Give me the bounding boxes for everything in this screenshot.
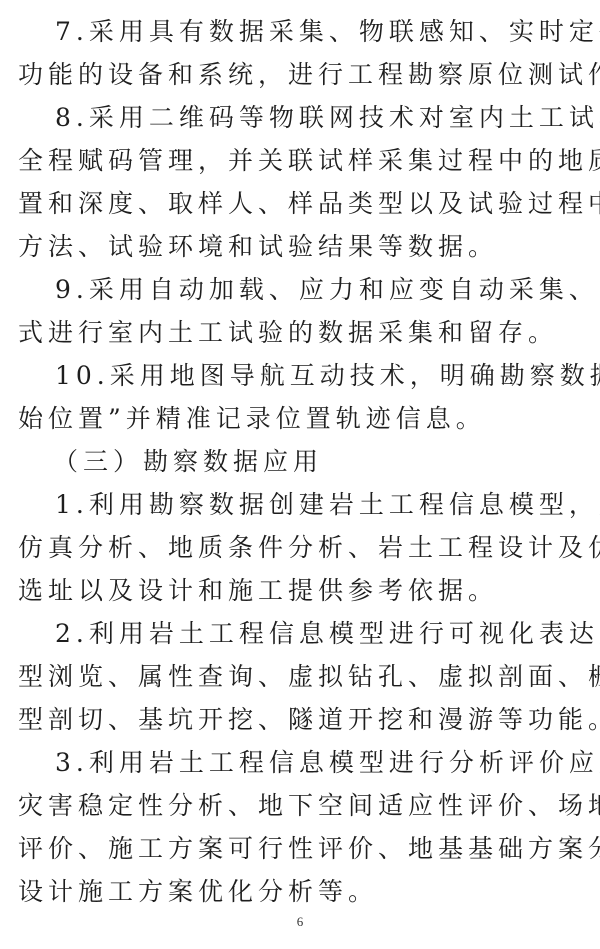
text-line: 设计施工方案优化分析等。 bbox=[18, 870, 586, 913]
text-line: 方法、试验环境和试验结果等数据。 bbox=[18, 225, 586, 268]
text-line: 全程赋码管理，并关联试样采集过程中的地质特征、取样位 bbox=[18, 139, 586, 182]
text-line: 2.利用岩土工程信息模型进行可视化表达应用，包括模 bbox=[18, 612, 586, 655]
text-line: 功能的设备和系统，进行工程勘察原位测试作业。 bbox=[18, 53, 586, 96]
text-line: 7.采用具有数据采集、物联感知、实时定位和无线传输 bbox=[18, 10, 586, 53]
paragraph-item-7: 7.采用具有数据采集、物联感知、实时定位和无线传输 功能的设备和系统，进行工程勘… bbox=[18, 10, 586, 96]
text-line: 评价、施工方案可行性评价、地基基础方案分析、岩土工程 bbox=[18, 827, 586, 870]
heading-text: （三）勘察数据应用 bbox=[18, 440, 586, 483]
text-line: 10.采用地图导航互动技术，明确勘察数据采集的“开 bbox=[18, 354, 586, 397]
text-line: 灾害稳定性分析、地下空间适应性评价、场地岩土工程条件 bbox=[18, 784, 586, 827]
text-line: 3.利用岩土工程信息模型进行分析评价应用，包括地质 bbox=[18, 741, 586, 784]
paragraph-item-2: 2.利用岩土工程信息模型进行可视化表达应用，包括模 型浏览、属性查询、虚拟钻孔、… bbox=[18, 612, 586, 741]
text-line: 型剖切、基坑开挖、隧道开挖和漫游等功能。 bbox=[18, 698, 586, 741]
paragraph-item-8: 8.采用二维码等物联网技术对室内土工试验试样进行 全程赋码管理，并关联试样采集过… bbox=[18, 96, 586, 268]
text-line: 始位置”并精准记录位置轨迹信息。 bbox=[18, 397, 586, 440]
text-line: 仿真分析、地质条件分析、岩土工程设计及优化等，为项目 bbox=[18, 526, 586, 569]
page-number: 6 bbox=[0, 914, 600, 930]
paragraph-item-3: 3.利用岩土工程信息模型进行分析评价应用，包括地质 灾害稳定性分析、地下空间适应… bbox=[18, 741, 586, 913]
text-line: 型浏览、属性查询、虚拟钻孔、虚拟剖面、栅栏图分析、模 bbox=[18, 655, 586, 698]
text-line: 1.利用勘察数据创建岩土工程信息模型，用于场地环境 bbox=[18, 483, 586, 526]
text-line: 选址以及设计和施工提供参考依据。 bbox=[18, 569, 586, 612]
text-line: 8.采用二维码等物联网技术对室内土工试验试样进行 bbox=[18, 96, 586, 139]
paragraph-item-9: 9.采用自动加载、应力和应变自动采集、自动观测等方 式进行室内土工试验的数据采集… bbox=[18, 268, 586, 354]
paragraph-item-1: 1.利用勘察数据创建岩土工程信息模型，用于场地环境 仿真分析、地质条件分析、岩土… bbox=[18, 483, 586, 612]
section-heading: （三）勘察数据应用 bbox=[18, 440, 586, 483]
text-line: 置和深度、取样人、样品类型以及试验过程中的收样、试验 bbox=[18, 182, 586, 225]
document-body: 7.采用具有数据采集、物联感知、实时定位和无线传输 功能的设备和系统，进行工程勘… bbox=[18, 10, 586, 913]
text-line: 9.采用自动加载、应力和应变自动采集、自动观测等方 bbox=[18, 268, 586, 311]
document-page: 7.采用具有数据采集、物联感知、实时定位和无线传输 功能的设备和系统，进行工程勘… bbox=[0, 0, 600, 949]
text-line: 式进行室内土工试验的数据采集和留存。 bbox=[18, 311, 586, 354]
paragraph-item-10: 10.采用地图导航互动技术，明确勘察数据采集的“开 始位置”并精准记录位置轨迹信… bbox=[18, 354, 586, 440]
